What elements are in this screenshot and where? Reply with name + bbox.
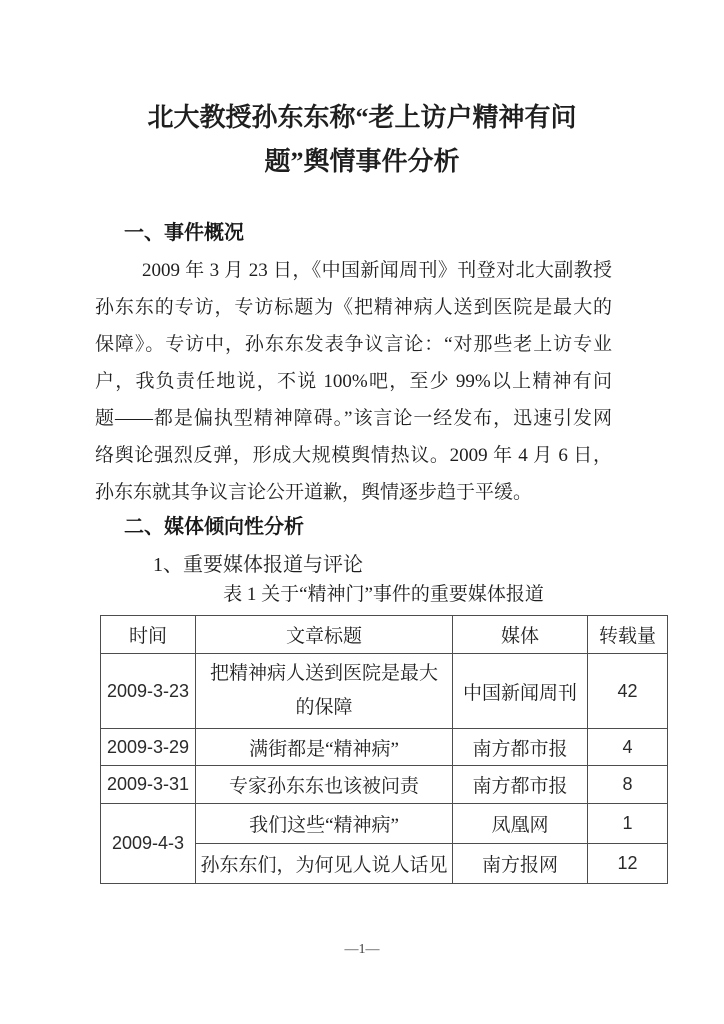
cell-media: 南方都市报: [453, 729, 588, 766]
cell-date: 2009-3-29: [101, 729, 196, 766]
cell-reposts: 8: [588, 766, 668, 804]
column-header-reposts: 转载量: [588, 616, 668, 654]
paragraph-line: 络舆论强烈反弹，形成大规模舆情热议。2009 年 4 月 6 日，: [95, 437, 612, 474]
cell-media: 南方报网: [453, 844, 588, 884]
paragraph-line: 孙东东就其争议言论公开道歉，舆情逐步趋于平缓。: [95, 474, 612, 511]
cell-media: 南方都市报: [453, 766, 588, 804]
cell-article-title: 满街都是“精神病”: [196, 729, 453, 766]
cell-reposts: 4: [588, 729, 668, 766]
table-row: 2009-3-31 专家孙东东也该被问责 南方都市报 8: [101, 766, 668, 804]
cell-article-title: 孙东东们，为何见人说人话见: [196, 844, 453, 884]
table-row: 2009-3-23 把精神病人送到医院是最大 的保障 中国新闻周刊 42: [101, 654, 668, 729]
cell-reposts: 42: [588, 654, 668, 729]
paragraph-line: 2009 年 3 月 23 日，《中国新闻周刊》刊登对北大副教授: [95, 252, 612, 289]
document-title-line1: 北大教授孙东东称“老上访户精神有问: [0, 96, 724, 140]
cell-reposts: 12: [588, 844, 668, 884]
media-report-table: 时间 文章标题 媒体 转载量 2009-3-23 把精神病人送到医院是最大 的保…: [100, 615, 668, 884]
page-number: —1—: [0, 941, 724, 959]
cell-date: 2009-4-3: [101, 804, 196, 884]
table-caption: 表 1 关于“精神门”事件的重要媒体报道: [100, 583, 667, 607]
table-row: 2009-3-29 满街都是“精神病” 南方都市报 4: [101, 729, 668, 766]
document-page: 北大教授孙东东称“老上访户精神有问 题”舆情事件分析 一、事件概况 2009 年…: [0, 0, 724, 1024]
cell-media: 中国新闻周刊: [453, 654, 588, 729]
table-row: 2009-4-3 我们这些“精神病” 凤凰网 1: [101, 804, 668, 844]
column-header-media: 媒体: [453, 616, 588, 654]
paragraph-line: 孙东东的专访，专访标题为《把精神病人送到医院是最大的: [95, 289, 612, 326]
table-header-row: 时间 文章标题 媒体 转载量: [101, 616, 668, 654]
document-title-line2: 题”舆情事件分析: [0, 140, 724, 184]
overview-paragraph: 2009 年 3 月 23 日，《中国新闻周刊》刊登对北大副教授 孙东东的专访，…: [95, 252, 612, 511]
cell-media: 凤凰网: [453, 804, 588, 844]
document-title: 北大教授孙东东称“老上访户精神有问 题”舆情事件分析: [0, 96, 724, 184]
paragraph-line: 保障》。专访中，孙东东发表争议言论：“对那些老上访专业: [95, 326, 612, 363]
section-heading-media-analysis: 二、媒体倾向性分析: [124, 514, 304, 540]
cell-article-title: 我们这些“精神病”: [196, 804, 453, 844]
cell-article-title: 把精神病人送到医院是最大 的保障: [196, 654, 453, 729]
cell-date: 2009-3-23: [101, 654, 196, 729]
section-heading-overview: 一、事件概况: [124, 220, 244, 246]
cell-article-title: 专家孙东东也该被问责: [196, 766, 453, 804]
column-header-date: 时间: [101, 616, 196, 654]
subsection-heading-reports: 1、重要媒体报道与评论: [153, 551, 363, 579]
paragraph-line: 户，我负责任地说，不说 100%吧，至少 99%以上精神有问: [95, 363, 612, 400]
cell-reposts: 1: [588, 804, 668, 844]
cell-date: 2009-3-31: [101, 766, 196, 804]
paragraph-line: 题——都是偏执型精神障碍。”该言论一经发布，迅速引发网: [95, 400, 612, 437]
column-header-title: 文章标题: [196, 616, 453, 654]
